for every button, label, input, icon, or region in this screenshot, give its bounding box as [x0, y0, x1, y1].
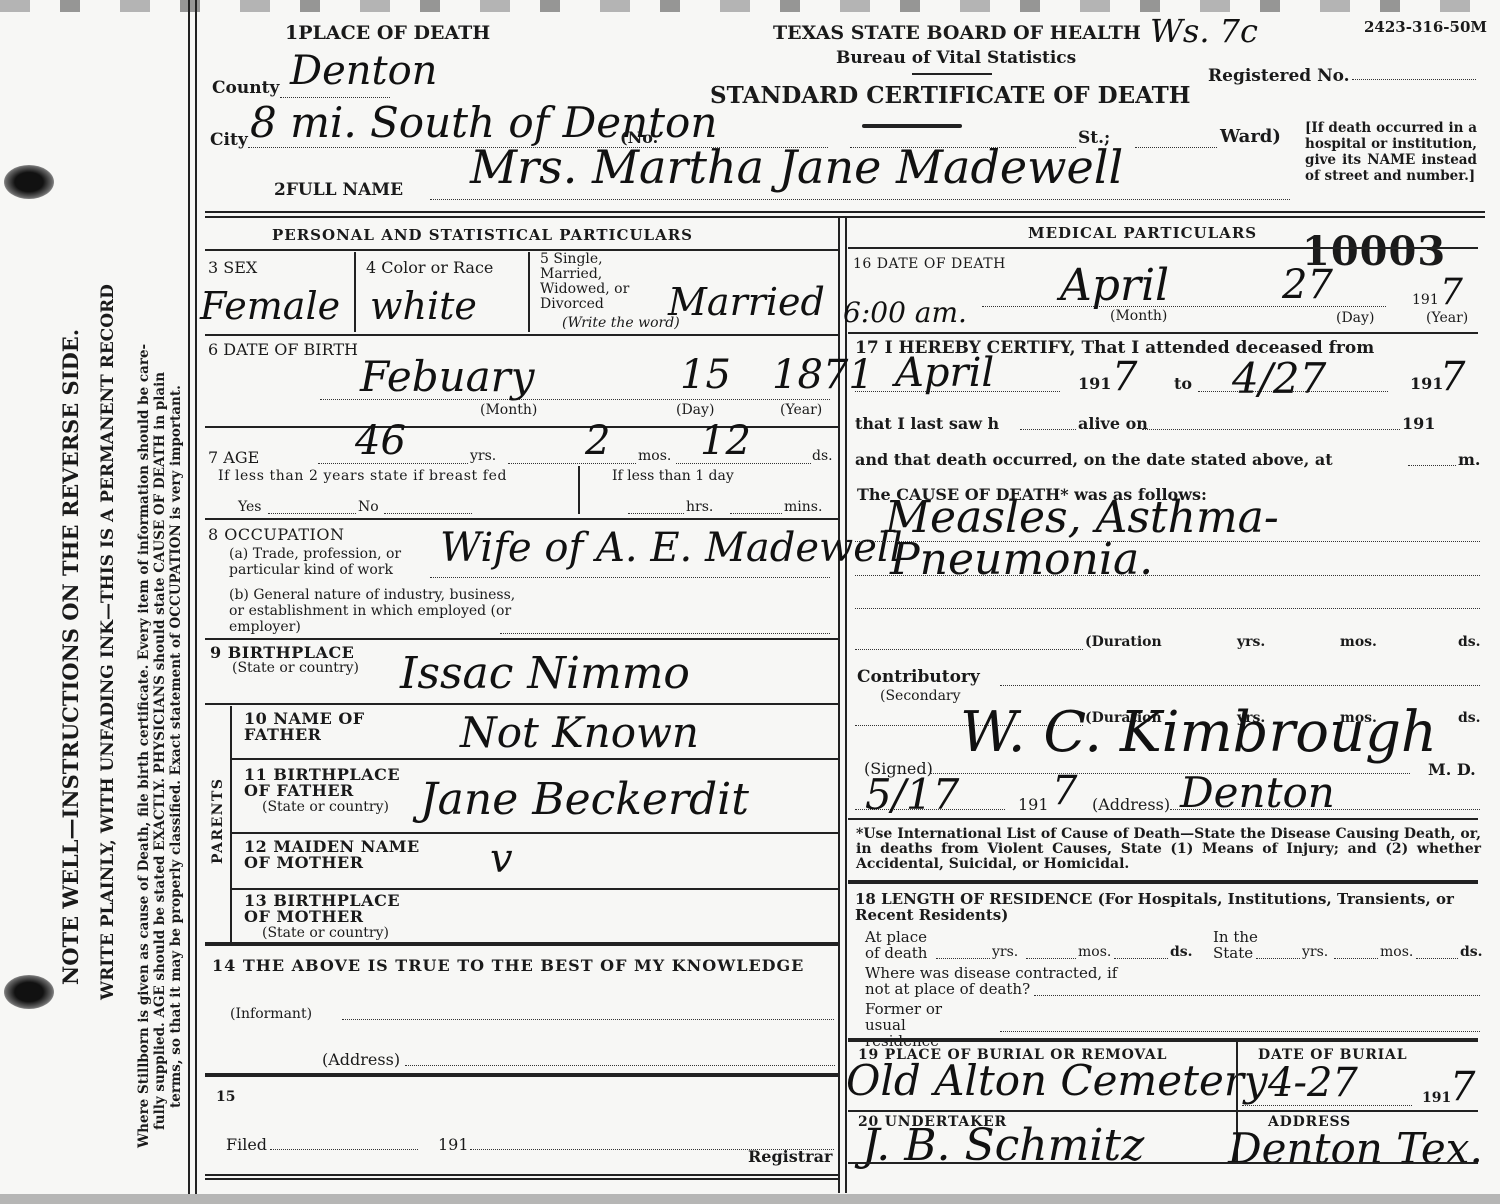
duration-yrs: yrs. — [1237, 634, 1265, 650]
place-mos-label: mos. — [1078, 944, 1111, 960]
dod-year-prefix: 191 — [1412, 292, 1439, 308]
burial-year-prefix: 191 — [1422, 1090, 1451, 1106]
dod-day-caption: (Day) — [1336, 310, 1374, 326]
section-rule — [848, 880, 1478, 884]
attended-from[interactable]: April — [895, 350, 994, 396]
bottom-rule — [205, 1178, 838, 1180]
full-name-value[interactable]: Mrs. Martha Jane Madewell — [470, 140, 1123, 194]
dob-month[interactable]: Febuary — [360, 352, 534, 401]
residence-label: 18 LENGTH OF RESIDENCE (For Hospitals, I… — [855, 891, 1483, 923]
attended-from-year-prefix: 191 — [1078, 374, 1111, 393]
at-place-label: At place of death — [865, 929, 945, 961]
ds-label: ds. — [812, 448, 833, 464]
father-birthplace-value[interactable]: Jane Beckerdit — [420, 774, 749, 825]
age-months[interactable]: 2 — [585, 418, 610, 464]
age-months-underline — [508, 462, 636, 464]
row-rule — [205, 249, 838, 251]
bottom-rule — [848, 1162, 1478, 1164]
place-of-death-label: 1PLACE OF DEATH — [285, 22, 490, 44]
row-rule — [848, 1110, 1478, 1112]
cell-divider — [354, 252, 356, 332]
yrs-label: yrs. — [470, 448, 496, 464]
breastfed-no-field[interactable] — [384, 512, 472, 514]
last-seen-date-field[interactable] — [1142, 428, 1400, 430]
row-rule — [205, 703, 838, 705]
to-label: to — [1174, 374, 1192, 393]
residence-place-ds[interactable] — [1114, 957, 1168, 959]
section-rule — [205, 942, 838, 946]
cell-divider — [578, 466, 580, 514]
state-yrs-label: yrs. — [1302, 944, 1328, 960]
attended-from-year[interactable]: 7 — [1112, 354, 1137, 400]
signed-year[interactable]: 7 — [1052, 768, 1077, 814]
race-label: 4 Color or Race — [366, 258, 493, 277]
mother-birthplace-hint: (State or country) — [262, 925, 389, 941]
informant-address-field[interactable] — [405, 1064, 835, 1066]
annotation: Ws. 7c — [1150, 12, 1258, 50]
occupation-a-label: (a) Trade, profession, or particular kin… — [229, 546, 449, 578]
physician-signature[interactable]: W. C. Kimbrough — [960, 700, 1437, 765]
informant-label: (Informant) — [230, 1006, 312, 1022]
bottom-rule — [205, 1174, 838, 1176]
marital-label: 5 Single, Married, Widowed, or Divorced — [540, 252, 660, 312]
row-rule — [232, 832, 838, 834]
cause-value-2[interactable]: Pneumonia. — [890, 534, 1153, 585]
minutes-field[interactable] — [730, 512, 782, 514]
dod-year[interactable]: 7 — [1440, 272, 1463, 313]
filed-year-label: 191 — [438, 1135, 469, 1154]
father-birthplace-label: 11 BIRTHPLACE OF FATHER — [244, 767, 414, 799]
personal-header: PERSONAL AND STATISTICAL PARTICULARS — [272, 226, 693, 244]
burial-place-value[interactable]: Old Alton Cemetery — [846, 1056, 1268, 1105]
note-well-text: NOTE WELL—INSTRUCTIONS ON THE REVERSE SI… — [58, 329, 83, 985]
burial-year[interactable]: 7 — [1450, 1064, 1475, 1110]
marital-value[interactable]: Married — [668, 280, 825, 324]
scan-top-edge — [0, 0, 1500, 12]
bureau-title: Bureau of Vital Statistics — [836, 48, 1076, 68]
contributory-field[interactable] — [1000, 684, 1480, 686]
mins-label: mins. — [784, 499, 822, 515]
frame-left-border — [188, 0, 190, 1194]
duration-label: (Duration — [1085, 634, 1162, 650]
no-label: No — [358, 499, 379, 515]
hospital-note: [If death occurred in a hospital or inst… — [1305, 120, 1477, 184]
former-residence-field[interactable] — [1000, 1030, 1480, 1032]
burial-date-value[interactable]: 4-27 — [1268, 1060, 1358, 1106]
signature-underline — [930, 772, 1410, 774]
mother-name-label: 12 MAIDEN NAME OF MOTHER — [244, 839, 444, 871]
m-label: m. — [1458, 450, 1481, 469]
day-caption: (Day) — [676, 402, 714, 418]
full-name-label: 2FULL NAME — [274, 180, 403, 200]
filed-label: Filed — [226, 1135, 267, 1154]
age-days[interactable]: 12 — [700, 418, 751, 464]
contracted-label: Where was disease contracted, if not at … — [865, 965, 1135, 997]
write-plainly-text: WRITE PLAINLY, WITH UNFADING INK—THIS IS… — [98, 284, 118, 1000]
parents-label: PARENTS — [210, 777, 226, 864]
row-rule — [205, 638, 838, 640]
ward-underline — [1135, 146, 1217, 148]
divider — [912, 73, 992, 75]
signed-date[interactable]: 5/17 — [865, 770, 959, 819]
pronoun-field[interactable] — [1020, 428, 1076, 430]
marital-hint: (Write the word) — [562, 315, 680, 331]
row-rule — [848, 332, 1478, 334]
informant-address-label: (Address) — [322, 1050, 400, 1069]
header-rule — [205, 211, 1485, 213]
dod-month[interactable]: April — [1060, 260, 1169, 311]
contracted-field[interactable] — [1034, 994, 1480, 996]
dod-year-caption: (Year) — [1426, 310, 1468, 326]
hours-field[interactable] — [628, 512, 684, 514]
last-seen-year-prefix: 191 — [1402, 414, 1435, 433]
county-value[interactable]: Denton — [290, 48, 437, 94]
residence-place-mos[interactable] — [1026, 957, 1076, 959]
age-label: 7 AGE — [208, 448, 259, 467]
agency-title: TEXAS STATE BOARD OF HEALTH — [773, 22, 1141, 44]
father-name-value[interactable]: Not Known — [460, 708, 699, 757]
row-rule — [848, 818, 1478, 820]
row-rule — [232, 888, 838, 890]
occupation-underline — [430, 576, 830, 578]
death-time-field[interactable] — [1408, 464, 1456, 466]
attended-to-year[interactable]: 7 — [1440, 354, 1465, 400]
informant-field[interactable] — [342, 1018, 834, 1020]
dob-label: 6 DATE OF BIRTH — [208, 340, 358, 359]
section-rule — [205, 1073, 838, 1077]
breastfed-label: If less than 2 years state if breast fed — [218, 468, 507, 484]
father-birthplace-hint: (State or country) — [262, 799, 389, 815]
residence-state-yrs[interactable] — [1256, 957, 1300, 959]
filed-date-field[interactable] — [270, 1148, 418, 1150]
informant-header: 14 THE ABOVE IS TRUE TO THE BEST OF MY K… — [212, 956, 804, 975]
mother-birthplace-label: 13 BIRTHPLACE OF MOTHER — [244, 893, 424, 925]
residence-place-yrs[interactable] — [936, 957, 990, 959]
mother-name-value[interactable]: v — [490, 836, 513, 882]
registered-no-label: Registered No. — [1208, 66, 1350, 86]
registered-no-field[interactable] — [1352, 78, 1476, 80]
cause-line-4[interactable] — [855, 648, 1083, 650]
section-rule — [848, 1038, 1478, 1042]
undertaker-address-value[interactable]: Denton Tex. — [1228, 1124, 1483, 1173]
city-label: City — [210, 130, 248, 150]
certificate-title: STANDARD CERTIFICATE OF DEATH — [710, 82, 1191, 109]
cause-footnote: *Use International List of Cause of Deat… — [856, 827, 1481, 872]
registrar-label: Registrar — [748, 1147, 832, 1166]
employer-field[interactable] — [500, 632, 830, 634]
medical-header: MEDICAL PARTICULARS — [1028, 224, 1257, 242]
contributory-label: Contributory — [857, 667, 980, 687]
secondary-label: (Secondary — [880, 688, 961, 704]
attended-to-year-prefix: 191 — [1410, 374, 1443, 393]
strikethrough-mark — [862, 124, 962, 128]
sex-value[interactable]: Female — [200, 284, 340, 328]
time-of-death[interactable]: 6:00 am. — [843, 296, 967, 329]
occupation-value[interactable]: Wife of A. E. Madewell — [440, 525, 903, 571]
year-caption: (Year) — [780, 402, 822, 418]
duration-mos: mos. — [1340, 634, 1377, 650]
cell-divider — [528, 252, 530, 332]
row-rule — [232, 758, 838, 760]
cause-line-3[interactable] — [855, 607, 1480, 609]
residence-state-ds[interactable] — [1416, 957, 1458, 959]
dod-day[interactable]: 27 — [1282, 262, 1333, 308]
place-ds-label: ds. — [1170, 944, 1193, 960]
place-yrs-label: yrs. — [992, 944, 1018, 960]
age-years[interactable]: 46 — [355, 418, 406, 464]
full-name-underline — [430, 198, 1290, 200]
physician-address[interactable]: Denton — [1180, 768, 1335, 817]
hrs-label: hrs. — [686, 499, 713, 515]
duration-ds: ds. — [1458, 634, 1481, 650]
signed-year-prefix: 191 — [1018, 795, 1049, 814]
yes-label: Yes — [238, 499, 262, 515]
row-rule — [848, 247, 1478, 249]
md-label: M. D. — [1428, 760, 1476, 779]
death-occurred-text: and that death occurred, on the date sta… — [855, 450, 1333, 469]
instructions-line-1: Where Stillborn is given as cause of Dea… — [136, 344, 152, 1148]
mos-label: mos. — [638, 448, 671, 464]
row-rule — [205, 518, 838, 520]
birthplace-hint: (State or country) — [232, 660, 359, 676]
frame-left-border — [195, 0, 197, 1194]
less-day-label: If less than 1 day — [612, 468, 734, 484]
instructions-line-3: terms, so that it may be properly classi… — [168, 385, 184, 1108]
occupation-b-label: (b) General nature of industry, business… — [229, 587, 519, 635]
punch-hole-icon — [4, 165, 54, 199]
race-value[interactable]: white — [370, 284, 477, 328]
ward-label: Ward) — [1220, 126, 1281, 147]
punch-hole-icon — [4, 975, 54, 1009]
state-ds-label: ds. — [1460, 944, 1483, 960]
attended-to[interactable]: 4/27 — [1232, 354, 1326, 403]
row-rule — [205, 334, 838, 336]
dod-month-caption: (Month) — [1110, 308, 1167, 324]
breastfed-yes-field[interactable] — [268, 512, 356, 514]
parents-divider — [230, 706, 232, 942]
secondary-ds: ds. — [1458, 710, 1481, 726]
date-of-death-label: 16 DATE OF DEATH — [853, 256, 1006, 272]
birthplace-value[interactable]: Issac Nimmo — [400, 648, 690, 699]
occupation-label: 8 OCCUPATION — [208, 525, 344, 544]
month-caption: (Month) — [480, 402, 537, 418]
item-15-label: 15 — [216, 1089, 235, 1105]
scan-bottom-edge — [0, 1194, 1500, 1204]
physician-address-label: (Address) — [1092, 795, 1170, 814]
alive-on-label: alive on — [1078, 414, 1148, 433]
state-mos-label: mos. — [1380, 944, 1413, 960]
county-label: County — [212, 78, 279, 98]
instructions-line-2: fully supplied. AGE should be stated EXA… — [152, 372, 168, 1130]
father-name-label: 10 NAME OF FATHER — [244, 711, 394, 743]
dob-day[interactable]: 15 — [680, 352, 731, 398]
form-number: 2423-316-50M — [1364, 18, 1487, 36]
sex-label: 3 SEX — [208, 258, 257, 277]
residence-state-mos[interactable] — [1334, 957, 1378, 959]
last-saw-text: that I last saw h — [855, 414, 999, 433]
